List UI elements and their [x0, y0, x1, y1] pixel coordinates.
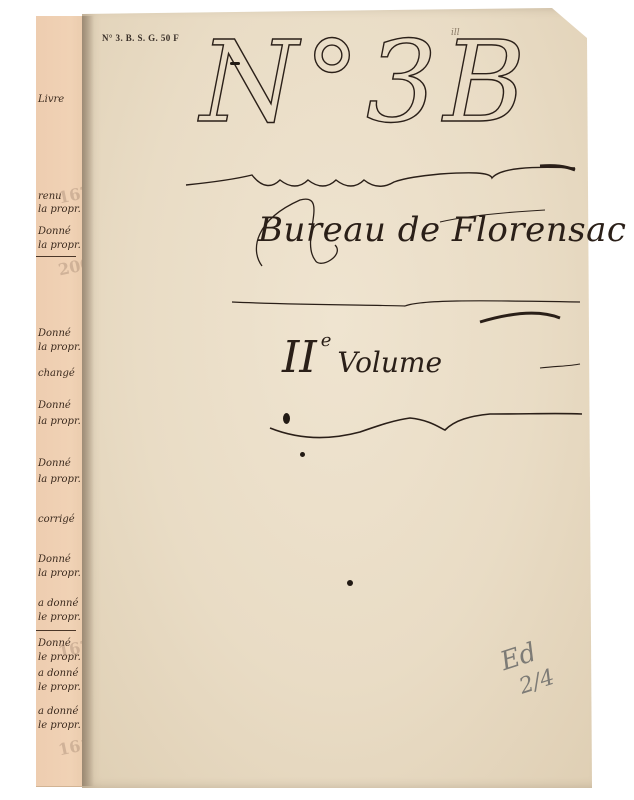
ink-blot: [300, 452, 305, 457]
ink-blot: [230, 62, 240, 65]
volume-ordinal-suffix: e: [321, 330, 332, 351]
volume-label: IIeVolume: [282, 330, 442, 383]
volume-ordinal: II: [282, 332, 317, 383]
office-name: Bureau de Florensac: [258, 210, 626, 250]
ink-blot: [283, 413, 290, 424]
volume-word: Volume: [337, 346, 442, 379]
ink-blot: [347, 580, 353, 586]
